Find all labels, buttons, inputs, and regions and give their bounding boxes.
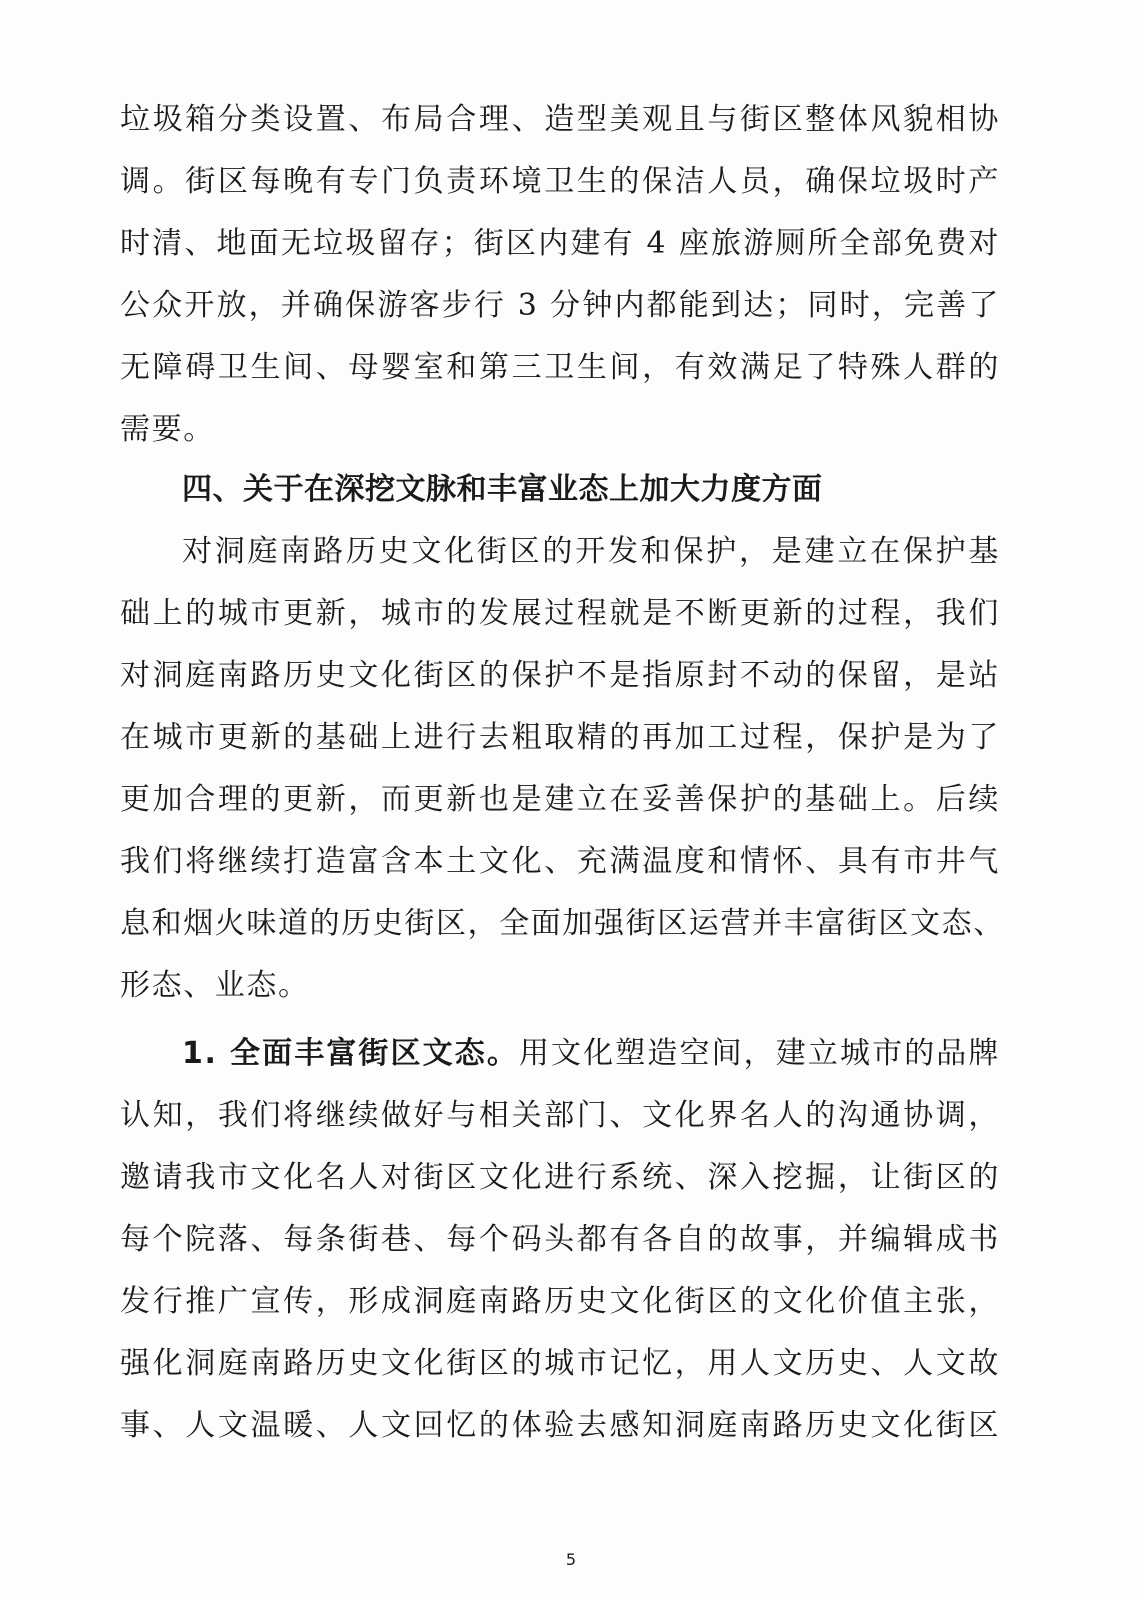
text-line: 无障碍卫生间、母婴室和第三卫生间，有效满足了特殊人群的 [120, 348, 1000, 388]
text-line: 我们将继续打造富含本土文化、充满温度和情怀、具有市井气 [120, 842, 1000, 882]
page-number: 5 [0, 1550, 1142, 1570]
text-line: 每个院落、每条街巷、每个码头都有各自的故事，并编辑成书 [120, 1220, 1000, 1260]
text-line: 垃圾箱分类设置、布局合理、造型美观且与街区整体风貌相协 [120, 100, 1000, 140]
text-line: 础上的城市更新，城市的发展过程就是不断更新的过程，我们 [120, 594, 1000, 634]
text-line: 事、人文温暖、人文回忆的体验去感知洞庭南路历史文化街区 [120, 1406, 1000, 1446]
text-line: 公众开放，并确保游客步行 3 分钟内都能到达；同时，完善了 [120, 286, 1000, 326]
text-line: 需要。 [120, 410, 1000, 450]
subsection-text: 用文化塑造空间，建立城市的品牌 [519, 1036, 1000, 1071]
section-heading: 四、关于在深挖文脉和丰富业态上加大力度方面 [182, 470, 823, 510]
text-line: 调。街区每晚有专门负责环境卫生的保洁人员，确保垃圾时产 [120, 162, 1000, 202]
text-line: 发行推广宣传，形成洞庭南路历史文化街区的文化价值主张， [120, 1282, 1000, 1322]
text-line: 强化洞庭南路历史文化街区的城市记忆，用人文历史、人文故 [120, 1344, 1000, 1384]
text-line: 在城市更新的基础上进行去粗取精的再加工过程，保护是为了 [120, 718, 1000, 758]
text-line: 认知，我们将继续做好与相关部门、文化界名人的沟通协调， [120, 1096, 1000, 1136]
subsection-title: 1. 全面丰富街区文态。 [182, 1036, 519, 1071]
subsection-first-line: 1. 全面丰富街区文态。用文化塑造空间，建立城市的品牌 [182, 1034, 1000, 1074]
document-page: 垃圾箱分类设置、布局合理、造型美观且与街区整体风貌相协 调。街区每晚有专门负责环… [0, 0, 1142, 1600]
text-line: 对洞庭南路历史文化街区的保护不是指原封不动的保留，是站 [120, 656, 1000, 696]
text-line: 时清、地面无垃圾留存；街区内建有 4 座旅游厕所全部免费对 [120, 224, 1000, 264]
text-line: 形态、业态。 [120, 966, 1000, 1006]
text-line: 更加合理的更新，而更新也是建立在妥善保护的基础上。后续 [120, 780, 1000, 820]
text-line: 邀请我市文化名人对街区文化进行系统、深入挖掘，让街区的 [120, 1158, 1000, 1198]
text-line: 息和烟火味道的历史街区，全面加强街区运营并丰富街区文态、 [120, 904, 1000, 944]
text-line: 对洞庭南路历史文化街区的开发和保护，是建立在保护基 [182, 532, 1000, 572]
